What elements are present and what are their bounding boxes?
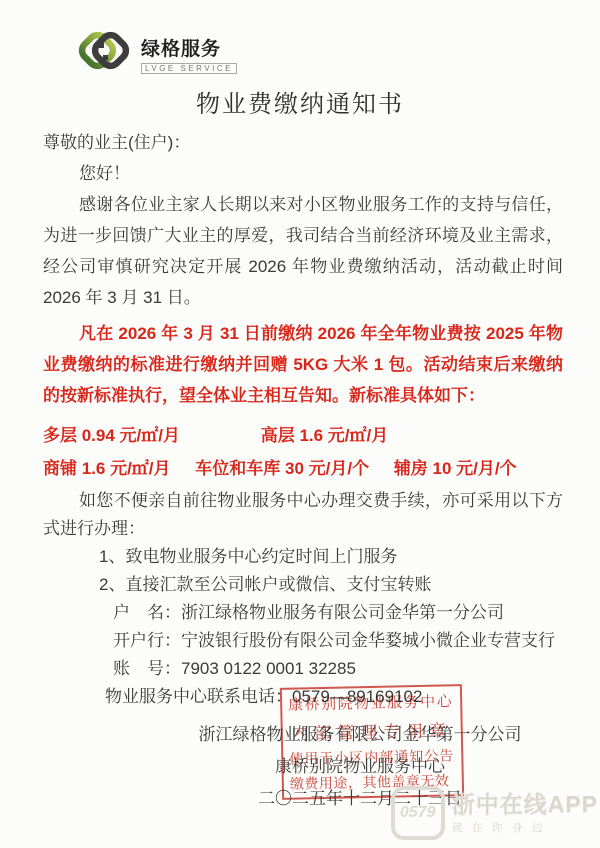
app-badge-icon: 0579 (391, 786, 445, 840)
watermark-text: 浙中在线APP 就在你身边 (452, 792, 598, 835)
method-item-1: 1、致电物业服务中心约定时间上门服务 (99, 543, 563, 571)
para-thanks: 感谢各位业主家人长期以来对小区物业服务工作的支持与信任，为进一步回馈广大业主的厚… (43, 189, 563, 313)
logo: 绿格服务 LVGE SERVICE (76, 26, 237, 81)
rate-shop: 商铺 1.6 元/㎡/月 (43, 459, 171, 478)
salutation: 尊敬的业主(住户)： (43, 127, 563, 158)
rate-aux-room: 辅房 10 元/月/个 (394, 459, 517, 478)
greeting: 您好！ (43, 158, 563, 189)
rate-high-rise: 高层 1.6 元/㎡/月 (261, 426, 389, 445)
para-methods: 如您不便亲自前往物业服务中心办理交费手续，亦可采用以下方式进行办理： (43, 487, 563, 543)
lvge-interlocked-rings-icon (76, 26, 132, 81)
rate-multi-storey: 多层 0.94 元/㎡/月 (43, 426, 180, 445)
method-item-2: 2、直接汇款至公司帐户或微信、支付宝转账 (99, 571, 563, 599)
account-name: 户 名：浙江绿格物业服务有限公司金华第一分公司 (113, 599, 563, 627)
logo-subtitle: LVGE SERVICE (141, 63, 237, 74)
bank-name: 开户行：宁波银行股份有限公司金华婺城小微企业专营支行 (113, 627, 563, 655)
app-watermark: 0579 浙中在线APP 就在你身边 (391, 786, 598, 840)
page-title: 物业费缴纳通知书 (0, 84, 600, 119)
watermark-subtitle: 就在你身边 (452, 819, 598, 835)
notice-body: 尊敬的业主(住户)： 您好！ 感谢各位业主家人长期以来对小区物业服务工作的支持与… (43, 127, 563, 711)
signature-center: 康桥别院物业服务中心 (180, 751, 540, 783)
logo-text: 绿格服务 LVGE SERVICE (141, 34, 237, 74)
signature-company: 浙江绿格物业服务有限公司金华第一分公司 (180, 719, 540, 751)
watermark-title: 浙中在线APP (452, 792, 598, 816)
rates-line-1: 多层 0.94 元/㎡/月 高层 1.6 元/㎡/月 (43, 420, 563, 451)
rate-parking: 车位和车库 30 元/月/个 (195, 459, 369, 478)
rates-line-2: 商铺 1.6 元/㎡/月 车位和车库 30 元/月/个 辅房 10 元/月/个 (43, 453, 563, 484)
stamp-line-1: 康桥别院物业服务中心 (288, 691, 454, 715)
notice-document: 绿格服务 LVGE SERVICE 物业费缴纳通知书 尊敬的业主(住户)： 您好… (0, 0, 600, 848)
logo-name: 绿格服务 (141, 34, 221, 61)
para-promo: 凡在 2026 年 3 月 31 日前缴纳 2026 年全年物业费按 2025 … (43, 318, 563, 411)
account-number: 账 号：7903 0122 0001 32285 (113, 655, 563, 683)
